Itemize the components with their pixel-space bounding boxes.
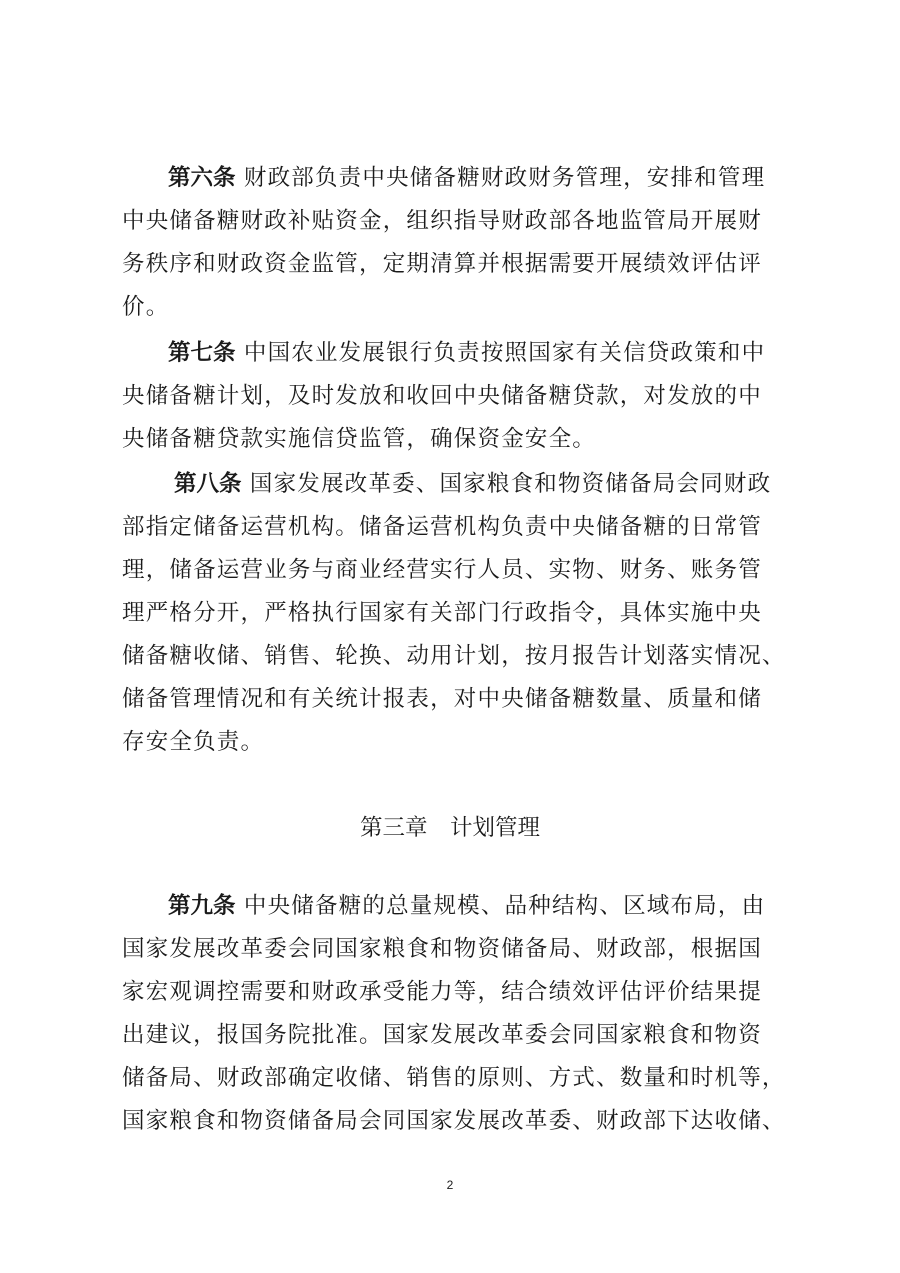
article-text: 中央储备糖的总量规模、品种结构、区域布局，由 <box>236 893 766 919</box>
article-7-line-3: 央储备糖贷款实施信贷监管，确保资金安全。 <box>122 418 596 460</box>
article-8-line-5: 储备糖收储、销售、轮换、动用计划，按月报告计划落实情况、 <box>122 635 786 677</box>
article-7-line-1: 第七条 中国农业发展银行负责按照国家有关信贷政策和中 <box>168 332 765 374</box>
article-7-line-2: 央储备糖计划，及时发放和收回中央储备糖贷款，对发放的中 <box>122 375 762 417</box>
article-8-line-2: 部指定储备运营机构。储备运营机构负责中央储备糖的日常管 <box>122 506 762 548</box>
article-text: 国家发展改革委、国家粮食和物资储备局会同财政 <box>242 471 772 497</box>
article-heading: 第八条 <box>174 471 242 497</box>
article-text: 中国农业发展银行负责按照国家有关信贷政策和中 <box>236 340 766 366</box>
document-page: 第六条 财政部负责中央储备糖财政财务管理，安排和管理 中央储备糖财政补贴资金，组… <box>0 0 900 1273</box>
article-6-line-4: 价。 <box>122 286 169 328</box>
article-6-line-2: 中央储备糖财政补贴资金，组织指导财政部各地监管局开展财 <box>122 200 762 242</box>
article-9-line-4: 出建议，报国务院批准。国家发展改革委会同国家粮食和物资 <box>122 1014 762 1056</box>
article-9-line-1: 第九条 中央储备糖的总量规模、品种结构、区域布局，由 <box>168 885 765 927</box>
article-9-line-3: 家宏观调控需要和财政承受能力等，结合绩效评估评价结果提 <box>122 971 762 1013</box>
article-6-line-3: 务秩序和财政资金监管，定期清算并根据需要开展绩效评估评 <box>122 243 762 285</box>
article-8-line-4: 理严格分开，严格执行国家有关部门行政指令，具体实施中央 <box>122 592 762 634</box>
article-8-line-1: 第八条 国家发展改革委、国家粮食和物资储备局会同财政 <box>174 463 771 505</box>
article-9-line-6: 国家粮食和物资储备局会同国家发展改革委、财政部下达收储、 <box>122 1100 786 1142</box>
article-6-line-1: 第六条 财政部负责中央储备糖财政财务管理，安排和管理 <box>168 157 765 199</box>
article-9-line-2: 国家发展改革委会同国家粮食和物资储备局、财政部，根据国 <box>122 928 762 970</box>
article-8-line-6: 储备管理情况和有关统计报表，对中央储备糖数量、质量和储 <box>122 678 762 720</box>
article-heading: 第七条 <box>168 340 236 366</box>
article-heading: 第六条 <box>168 165 236 191</box>
page-number: 2 <box>0 1178 900 1192</box>
chapter-title: 第三章 计划管理 <box>0 808 900 848</box>
article-8-line-3: 理，储备运营业务与商业经营实行人员、实物、财务、账务管 <box>122 549 762 591</box>
article-heading: 第九条 <box>168 893 236 919</box>
article-8-line-7: 存安全负责。 <box>122 721 264 763</box>
article-text: 财政部负责中央储备糖财政财务管理，安排和管理 <box>236 165 766 191</box>
article-9-line-5: 储备局、财政部确定收储、销售的原则、方式、数量和时机等， <box>122 1057 786 1099</box>
